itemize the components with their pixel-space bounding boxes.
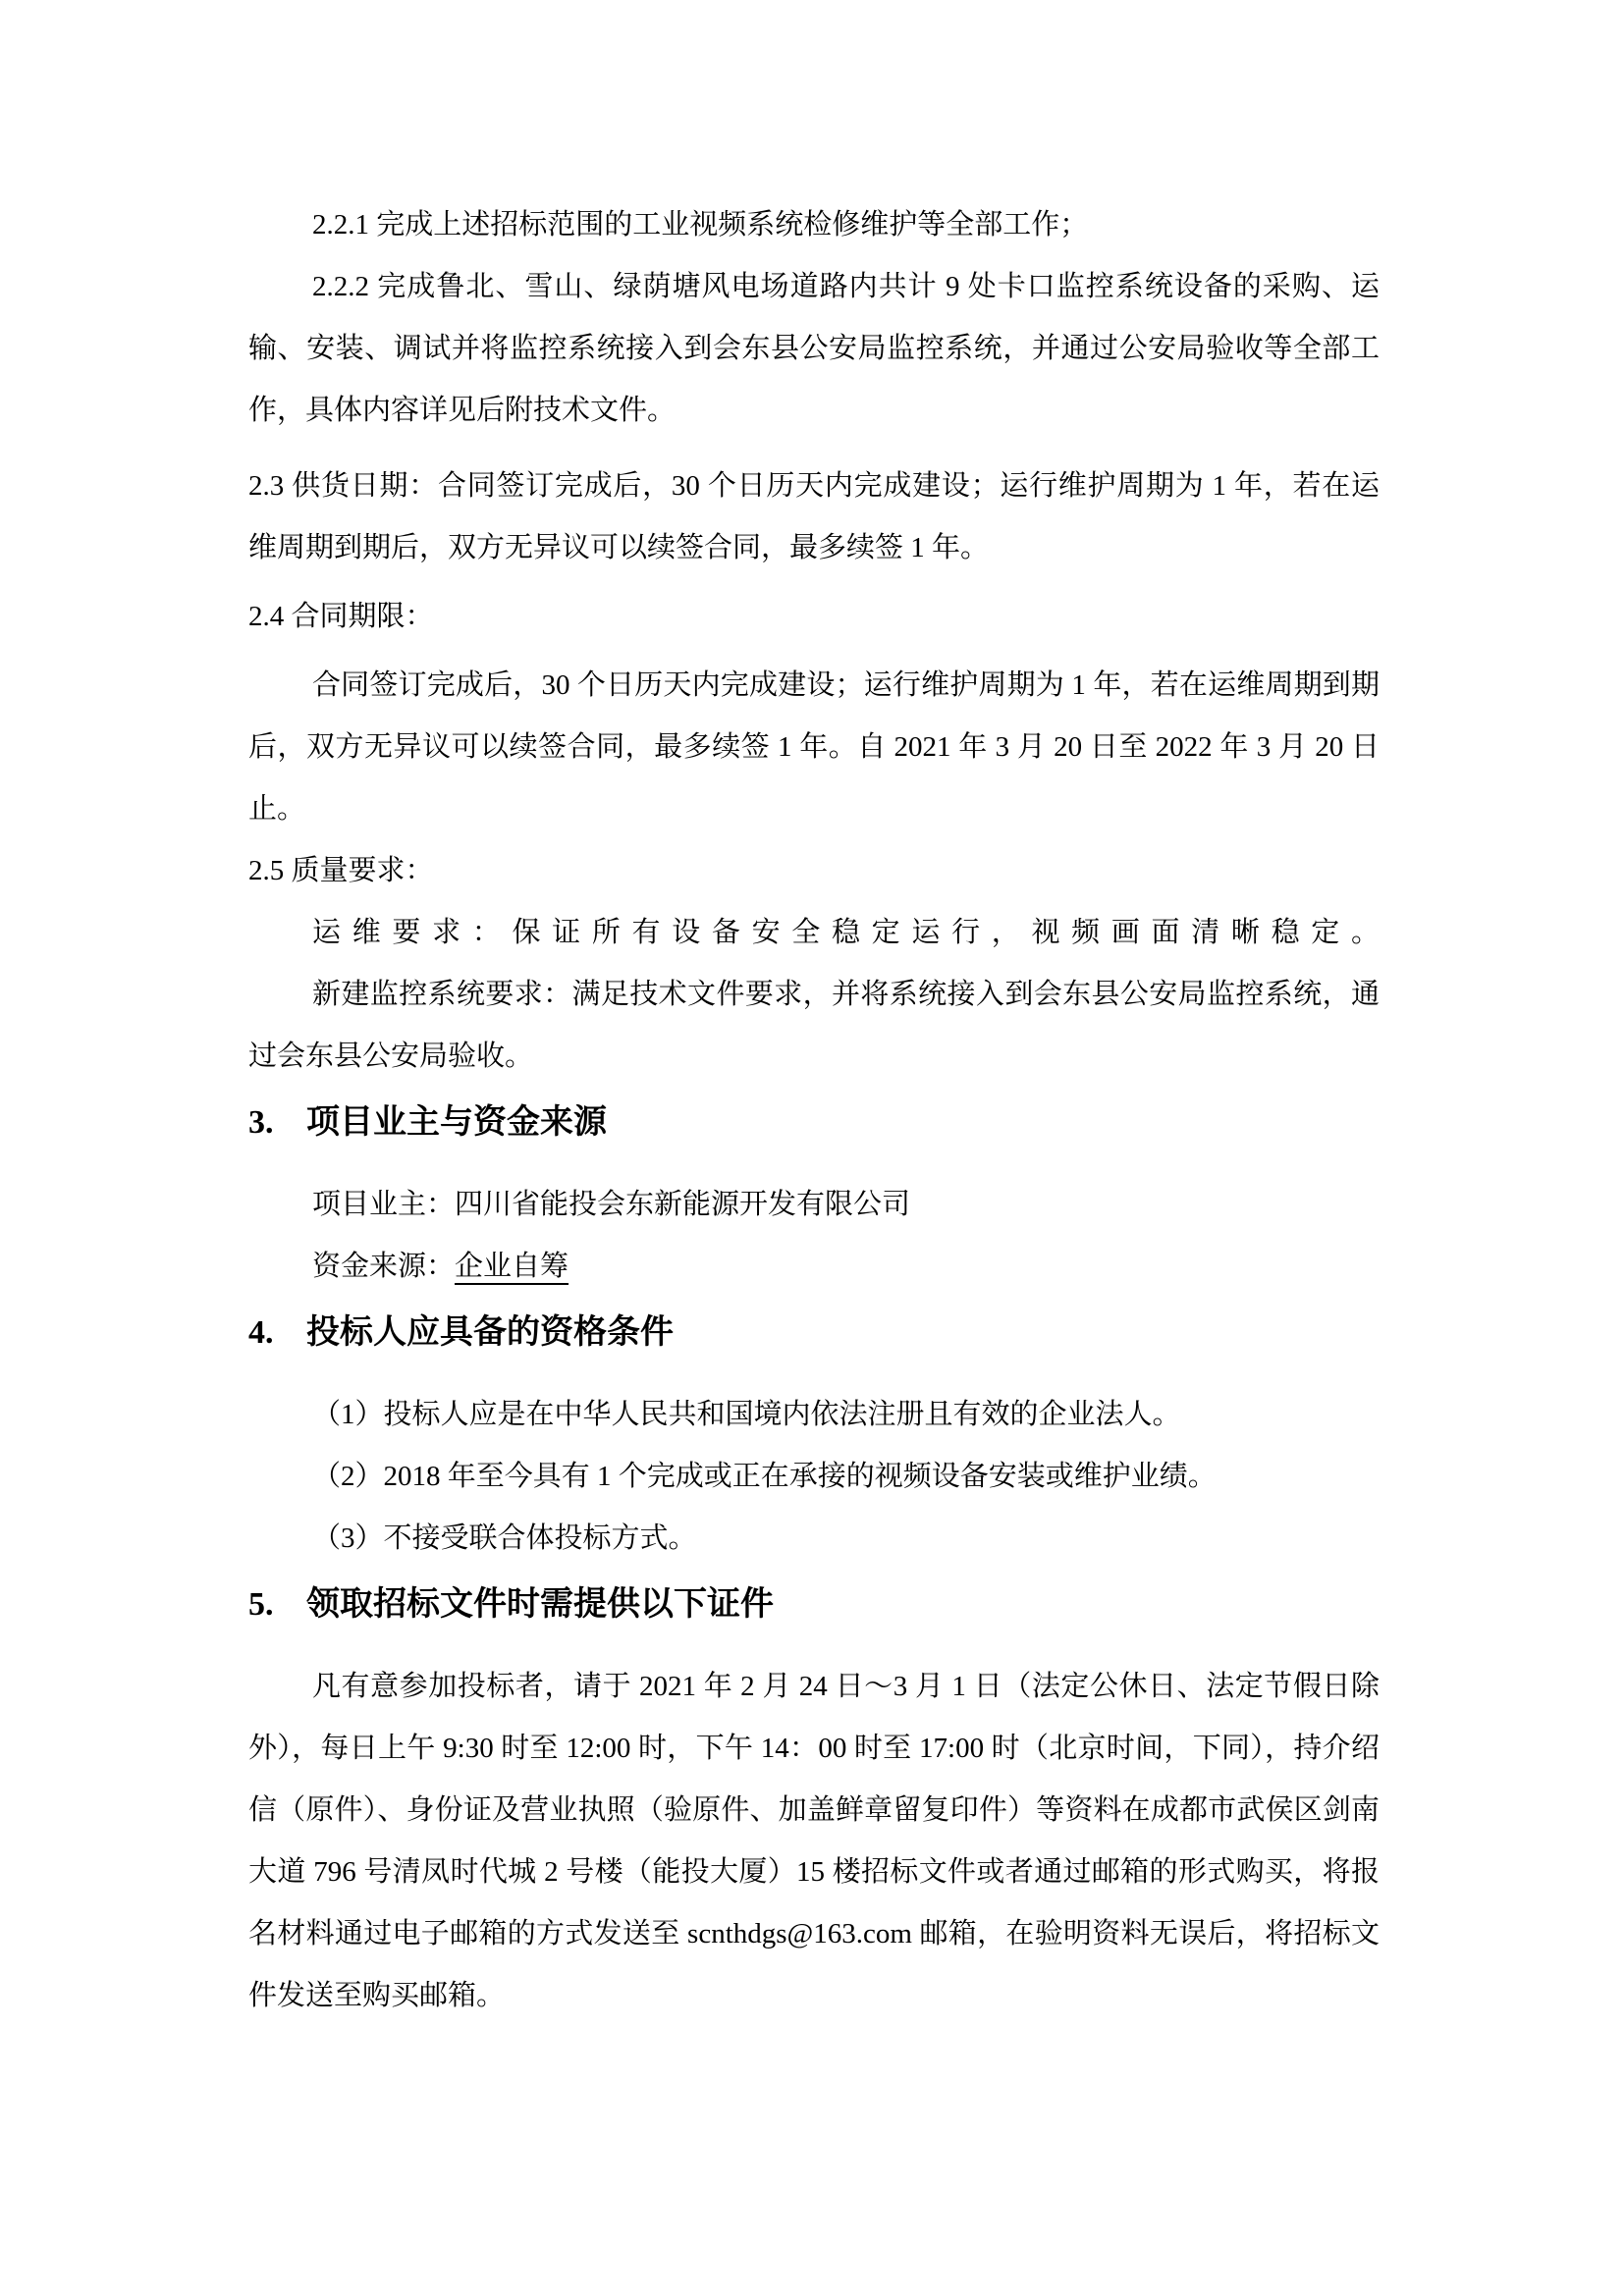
paragraph: 凡有意参加投标者，请于 2021 年 2 月 24 日～3 月 1 日（法定公休…	[248, 1656, 1380, 2027]
paragraph: 资金来源：企业自筹	[248, 1236, 1380, 1298]
paragraph: 项目业主：四川省能投会东新能源开发有限公司	[248, 1174, 1380, 1236]
paragraph: 2.2.2 完成鲁北、雪山、绿荫塘风电场道路内共计 9 处卡口监控系统设备的采购…	[248, 256, 1380, 442]
section-title: 项目业主与资金来源	[306, 1104, 607, 1141]
paragraph: 运维要求：保证所有设备安全稳定运行，视频画面清晰稳定。	[248, 902, 1380, 964]
section-heading: 5.领取招标文件时需提供以下证件	[248, 1579, 1380, 1630]
paragraph: 2.2.1 完成上述招标范围的工业视频系统检修维护等全部工作；	[248, 194, 1380, 256]
document-body: 2.2.1 完成上述招标范围的工业视频系统检修维护等全部工作；2.2.2 完成鲁…	[248, 194, 1380, 2027]
paragraph: 合同签订完成后，30 个日历天内完成建设；运行维护周期为 1 年，若在运维周期到…	[248, 655, 1380, 840]
paragraph: 2.4 合同期限：	[248, 586, 1380, 648]
underlined-text: 企业自筹	[455, 1251, 568, 1282]
section-number: 4.	[248, 1308, 306, 1359]
section-title: 投标人应具备的资格条件	[306, 1314, 674, 1351]
paragraph-text: 资金来源：	[312, 1251, 455, 1282]
paragraph: （3）不接受联合体投标方式。	[248, 1508, 1380, 1570]
document-page: 2.2.1 完成上述招标范围的工业视频系统检修维护等全部工作；2.2.2 完成鲁…	[0, 0, 1624, 2296]
paragraph: （1）投标人应是在中华人民共和国境内依法注册且有效的企业法人。	[248, 1384, 1380, 1446]
section-heading: 3.项目业主与资金来源	[248, 1097, 1380, 1148]
section-heading: 4.投标人应具备的资格条件	[248, 1308, 1380, 1359]
section-number: 5.	[248, 1579, 306, 1630]
section-number: 3.	[248, 1097, 306, 1148]
paragraph: 2.3 供货日期：合同签订完成后，30 个日历天内完成建设；运行维护周期为 1 …	[248, 455, 1380, 579]
paragraph: 新建监控系统要求：满足技术文件要求，并将系统接入到会东县公安局监控系统，通过会东…	[248, 964, 1380, 1088]
paragraph: 2.5 质量要求：	[248, 840, 1380, 902]
paragraph: （2）2018 年至今具有 1 个完成或正在承接的视频设备安装或维护业绩。	[248, 1446, 1380, 1508]
section-title: 领取招标文件时需提供以下证件	[306, 1586, 774, 1623]
